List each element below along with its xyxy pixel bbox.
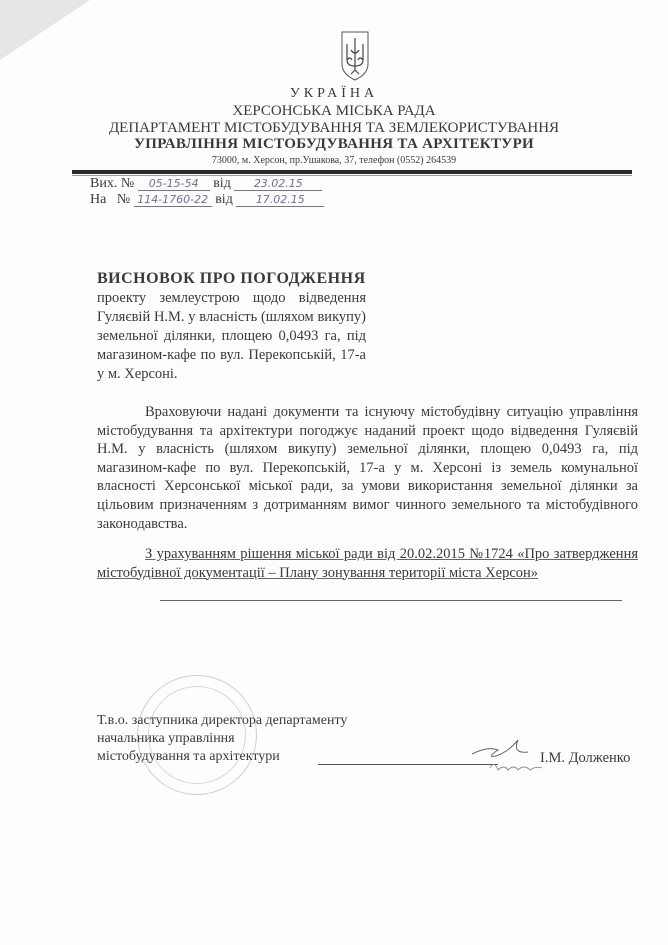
paragraph-2-underline	[160, 600, 622, 601]
document-title: ВИСНОВОК ПРО ПОГОДЖЕННЯ	[97, 269, 366, 288]
incoming-number: 114-1760-22	[134, 193, 212, 207]
header-department: ДЕПАРТАМЕНТ МІСТОБУДУВАННЯ ТА ЗЕМЛЕКОРИС…	[0, 120, 668, 137]
incoming-label: На №	[90, 192, 130, 207]
signatory-line-2: начальника управління	[97, 730, 347, 748]
header-office: УПРАВЛІННЯ МІСТОБУДУВАННЯ ТА АРХІТЕКТУРИ	[0, 136, 668, 153]
header-country: УКРАЇНА	[0, 86, 668, 102]
incoming-date-label: від	[215, 192, 233, 207]
header-council: ХЕРСОНСЬКА МІСЬКА РАДА	[0, 103, 668, 120]
scan-corner-shadow	[0, 0, 90, 60]
body-paragraph-1: Враховуючи надані документи та існуючу м…	[97, 403, 638, 533]
outgoing-number: 05-15-54	[138, 177, 210, 191]
document-title-block: ВИСНОВОК ПРО ПОГОДЖЕННЯ проекту землеуст…	[97, 269, 366, 384]
outgoing-label: Вих. №	[90, 176, 134, 191]
header-address: 73000, м. Херсон, пр.Ушакова, 37, телефо…	[0, 155, 668, 166]
outgoing-date: 23.02.15	[234, 177, 322, 191]
trident-coat-of-arms-icon	[340, 30, 370, 82]
signer-name: І.М. Долженко	[540, 750, 630, 767]
outgoing-date-label: від	[213, 176, 231, 191]
incoming-reference: На № 114-1760-22 від 17.02.15	[90, 192, 324, 208]
body-paragraph-2: З урахуванням рішення міської ради від 2…	[97, 545, 638, 582]
outgoing-reference: Вих. № 05-15-54 від 23.02.15	[90, 176, 322, 192]
signatory-position: Т.в.о. заступника директора департаменту…	[97, 712, 347, 766]
header-divider	[72, 170, 632, 174]
signatory-line-3: містобудування та архітектури	[97, 748, 347, 766]
handwritten-signature-icon	[468, 732, 548, 780]
signatory-line-1: Т.в.о. заступника директора департаменту	[97, 712, 347, 730]
incoming-date: 17.02.15	[236, 193, 324, 207]
document-subtitle: проекту землеустрою щодо відведення Гуля…	[97, 290, 366, 382]
